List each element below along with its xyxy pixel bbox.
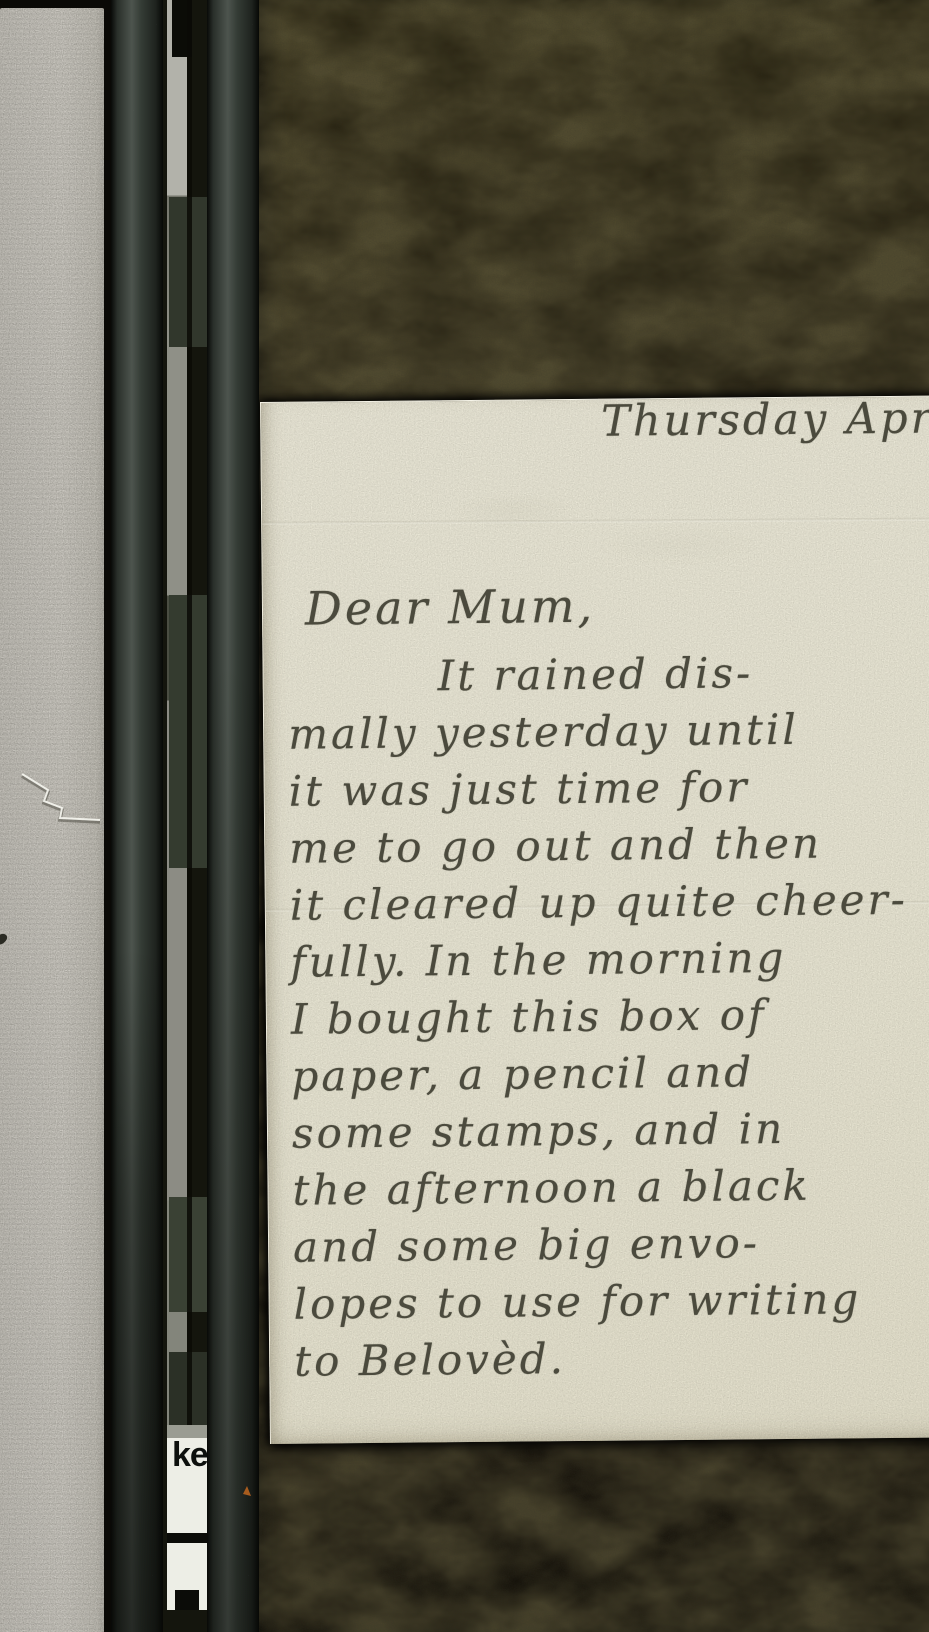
letter-page: Thursday April 21 Dear Mum, It rained di… [260,395,929,1444]
letter-line: the afternoon a black [292,1155,929,1218]
spine-label-divider [167,1533,207,1543]
spine-label-mark [175,1590,199,1610]
letter-line: it was just time for [288,756,929,819]
letter-line: fully. In the morning [290,927,929,990]
binder-spine-channel: ke [163,0,209,1632]
letter-line: mally yesterday until [288,699,929,762]
spine-label-text: ke [172,1437,207,1473]
letter-date: Thursday April 21 [601,395,929,451]
letter-line: I bought this box of [291,984,929,1047]
letter-line: it cleared up quite cheer- [290,870,929,933]
binder-rail-left [111,0,163,1632]
rail-bottom-shadow [111,0,163,1632]
ink-speck [0,932,9,947]
binder-rail-right [207,0,259,1632]
spine-label: ke [167,1425,207,1610]
photo-scene: Thursday April 21 Dear Mum, It rained di… [0,0,929,1632]
letter-line: and some big envo- [293,1212,929,1275]
letter-line: me to go out and then [289,813,929,876]
letter-line: paper, a pencil and [291,1041,929,1104]
spine-center-line [187,0,192,1430]
letter-salutation: Dear Mum, [305,576,596,639]
gray-backing-paper [0,8,104,1632]
letter-line: It rained dis- [287,642,929,705]
letter-line: lopes to use for writing [293,1269,929,1332]
ink-bleedthrough [372,452,843,597]
paper-crease [0,748,104,848]
letter-body: It rained dis- mally yesterday until it … [287,642,929,1408]
letter-line: to Belovèd. [294,1326,929,1389]
rail-bottom-shadow [207,0,259,1632]
letter-line: some stamps, and in [292,1098,929,1161]
